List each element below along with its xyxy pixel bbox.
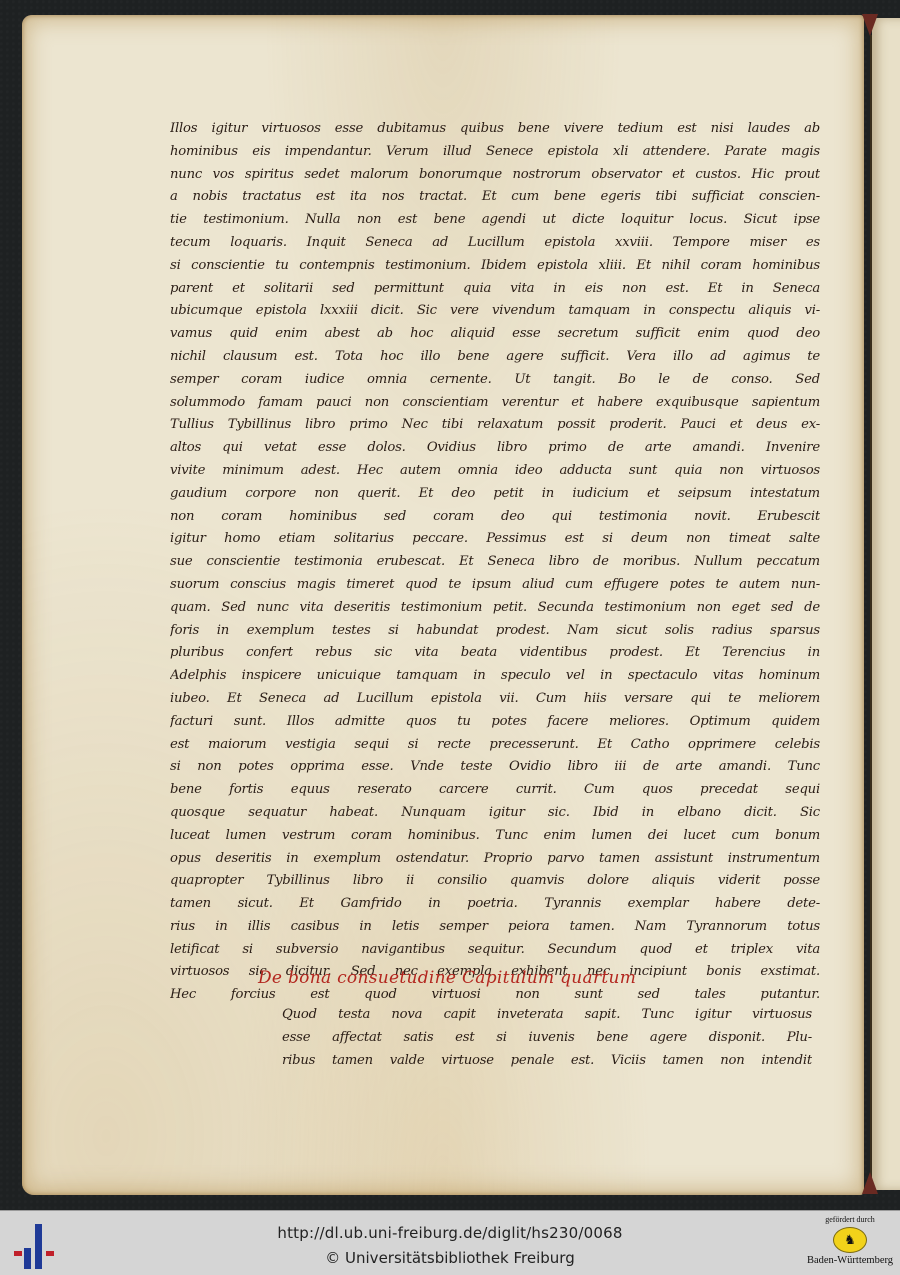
manuscript-line: foris in exemplum testes si habundat pro… (170, 620, 820, 643)
manuscript-line: Adelphis inspicere unicuique tamquam in … (170, 665, 820, 688)
manuscript-line: est maiorum vestigia sequi si recte prec… (170, 734, 820, 757)
manuscript-line: Tullius Tybillinus libro primo Nec tibi … (170, 414, 820, 437)
manuscript-line: nunc vos spiritus sedet malorum bonorumq… (170, 164, 820, 187)
manuscript-line: solummodo famam pauci non conscientiam v… (170, 392, 820, 415)
sponsor-label: gefördert durch (800, 1215, 900, 1224)
manuscript-line: suorum conscius magis timeret quod te ip… (170, 574, 820, 597)
manuscript-line: vivite minimum adest. Hec autem omnia id… (170, 460, 820, 483)
manuscript-line: quapropter Tybillinus libro ii consilio … (170, 870, 820, 893)
coat-of-arms-icon: ♞ (833, 1227, 867, 1253)
section-text-column: Quod testa nova capit inveterata sapit. … (282, 1004, 812, 1072)
manuscript-line: pluribus confert rebus sic vita beata vi… (170, 642, 820, 665)
binding-gutter (870, 35, 872, 1185)
manuscript-line: vamus quid enim abest ab hoc aliquid ess… (170, 323, 820, 346)
manuscript-line: esse affectat satis est si iuvenis bene … (282, 1027, 812, 1050)
sponsor-name: Baden-Württemberg (800, 1255, 900, 1266)
manuscript-line: bene fortis equus reserato carcere curri… (170, 779, 820, 802)
manuscript-line: nichil clausum est. Tota hoc illo bene a… (170, 346, 820, 369)
manuscript-line: ribus tamen valde virtuose penale est. V… (282, 1050, 812, 1073)
manuscript-line: semper coram iudice omnia cernente. Ut t… (170, 369, 820, 392)
manuscript-line: gaudium corpore non querit. Et deo petit… (170, 483, 820, 506)
manuscript-line: ubicumque epistola lxxxiii dicit. Sic ve… (170, 300, 820, 323)
manuscript-line: tecum loquaris. Inquit Seneca ad Lucillu… (170, 232, 820, 255)
manuscript-line: non coram hominibus sed coram deo qui te… (170, 506, 820, 529)
manuscript-line: a nobis tractatus est ita nos tractat. E… (170, 186, 820, 209)
manuscript-line: sue conscientie testimonia erubescat. Et… (170, 551, 820, 574)
manuscript-line: Quod testa nova capit inveterata sapit. … (282, 1004, 812, 1027)
manuscript-line: iubeo. Et Seneca ad Lucillum epistola vi… (170, 688, 820, 711)
main-text-column: Illos igitur virtuosos esse dubitamus qu… (170, 118, 820, 1007)
manuscript-line: letificat si subversio navigantibus sequ… (170, 939, 820, 962)
binding-notch-top (862, 14, 878, 36)
manuscript-line: altos qui vetat esse dolos. Ovidius libr… (170, 437, 820, 460)
binding-notch-bottom (862, 1172, 878, 1194)
copyright-notice: © Universitätsbibliothek Freiburg (0, 1249, 900, 1267)
manuscript-line: hominibus eis impendantur. Verum illud S… (170, 141, 820, 164)
footer-bar: http://dl.ub.uni-freiburg.de/diglit/hs23… (0, 1210, 900, 1275)
facing-page-edge (872, 18, 900, 1190)
manuscript-line: si conscientie tu contempnis testimonium… (170, 255, 820, 278)
manuscript-line: opus deseritis in exemplum ostendatur. P… (170, 848, 820, 871)
manuscript-line: tamen sicut. Et Gamfrido in poetria. Tyr… (170, 893, 820, 916)
manuscript-line: Illos igitur virtuosos esse dubitamus qu… (170, 118, 820, 141)
rubric-heading: De bona consuetudine Capitulum quartum (258, 968, 636, 988)
manuscript-line: quosque sequatur habeat. Nunquam igitur … (170, 802, 820, 825)
manuscript-line: parent et solitarii sed permittunt quia … (170, 278, 820, 301)
manuscript-line: tie testimonium. Nulla non est bene agen… (170, 209, 820, 232)
permalink-url[interactable]: http://dl.ub.uni-freiburg.de/diglit/hs23… (0, 1224, 900, 1242)
manuscript-line: si non potes opprima esse. Vnde teste Ov… (170, 756, 820, 779)
manuscript-line: rius in illis casibus in letis semper pe… (170, 916, 820, 939)
manuscript-line: quam. Sed nunc vita deseritis testimoniu… (170, 597, 820, 620)
sponsor-block: gefördert durch ♞ Baden-Württemberg (800, 1215, 900, 1266)
manuscript-line: facturi sunt. Illos admitte quos tu pote… (170, 711, 820, 734)
manuscript-line: luceat lumen vestrum coram hominibus. Tu… (170, 825, 820, 848)
manuscript-line: igitur homo etiam solitarius peccare. Pe… (170, 528, 820, 551)
manuscript-scan: Illos igitur virtuosos esse dubitamus qu… (0, 0, 900, 1210)
